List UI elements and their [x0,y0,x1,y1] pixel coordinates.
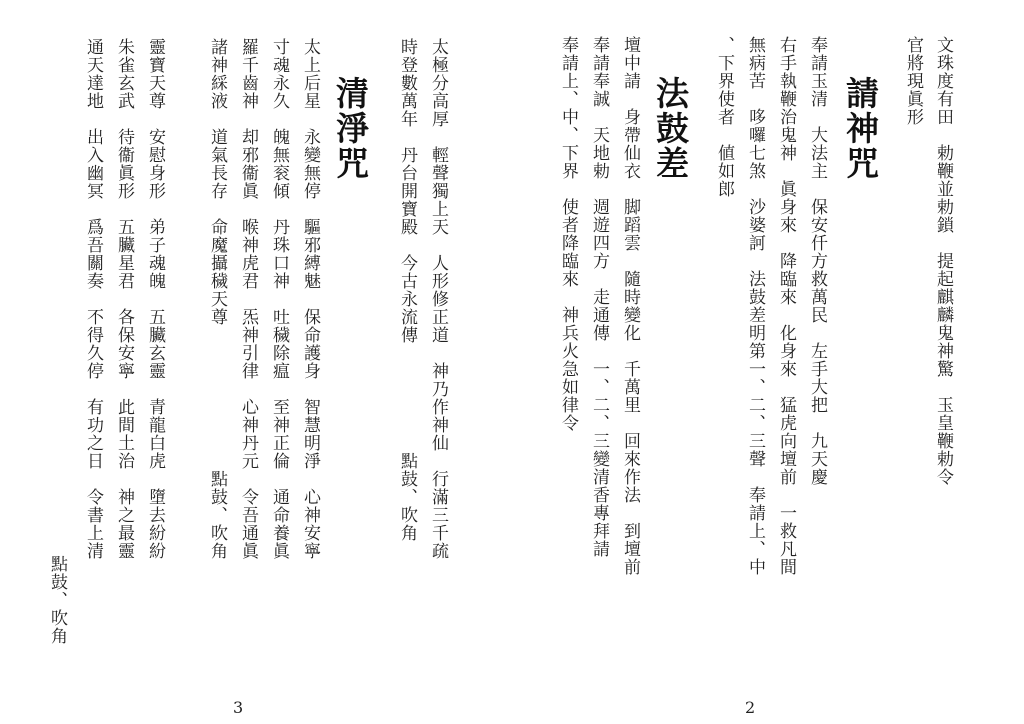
page-number-right: 2 [745,698,755,717]
text-column: 、下界使者 値如郎 [714,36,734,198]
text-column: 右手執鞭治鬼神 眞身來 降臨來 化身來 猛虎向壇前 一救凡間 [776,36,796,576]
text-column: 太上后星 永變無停 驅邪縛魅 保命護身 智慧明淨 心神安寧 [300,38,320,560]
text-column: 點鼓、吹角 [47,555,67,645]
text-column: 通天達地 出入幽冥 爲吾關奏 不得久停 有功之日 令書上清 [83,38,103,560]
text-column: 奉請上、中、下界 使者降臨來 神兵火急如律令 [558,36,578,432]
section-title-qingjing-zhou: 清淨咒 [332,76,368,181]
intro-column-1: 文珠度有田 勅鞭並勅鎖 提起麒麟鬼神驚 玉皇鞭勅令 [933,36,953,486]
intro-column-1: 太極分高厚 輕聲獨上天 人形修正道 神乃作神仙 行滿三千疏 [428,38,448,560]
text-column: 奉請奉誠 天地勅 週遊四方 走通傳 一、二、三變清香專拜請 [589,36,609,558]
section-title-qingshen-zhou: 請神咒 [842,76,878,181]
text-column: 諸神綵液 道氣長存 命魔攝穢天尊 點鼓、吹角 [207,38,227,560]
text-column: 羅千齒神 却邪衞眞 喉神虎君 炁神引律 心神丹元 令吾通眞 [238,38,258,560]
text-column: 靈寶天尊 安慰身形 弟子魂魄 五臟玄靈 青龍白虎 墮去紛紛 [145,38,165,560]
text-column: 奉請玉清 大法主 保安仟方救萬民 左手大把 九天慶 [807,36,827,486]
page-number-left: 3 [233,698,243,717]
intro-column-2: 時登數萬年 丹台開寶殿 今古永流傳 點鼓、吹角 [397,38,417,542]
section-title-fagu-chai: 法鼓差 [652,76,688,181]
text-column: 寸魂永久 魄無衮傾 丹珠口神 吐穢除瘟 至神正倫 通命養眞 [269,38,289,560]
text-column: 無病苦 哆囉七煞 沙婆訶 法鼓差明第一、二、三聲 奉請上、中 [745,36,765,576]
text-column: 壇中請 身帶仙衣 脚蹈雲 隨時變化 千萬里 回來作法 到壇前 [620,36,640,576]
text-column: 朱雀玄武 待衞眞形 五臟星君 各保安寧 此間土治 神之最靈 [114,38,134,560]
intro-column-2: 官將現眞形 [903,36,923,126]
